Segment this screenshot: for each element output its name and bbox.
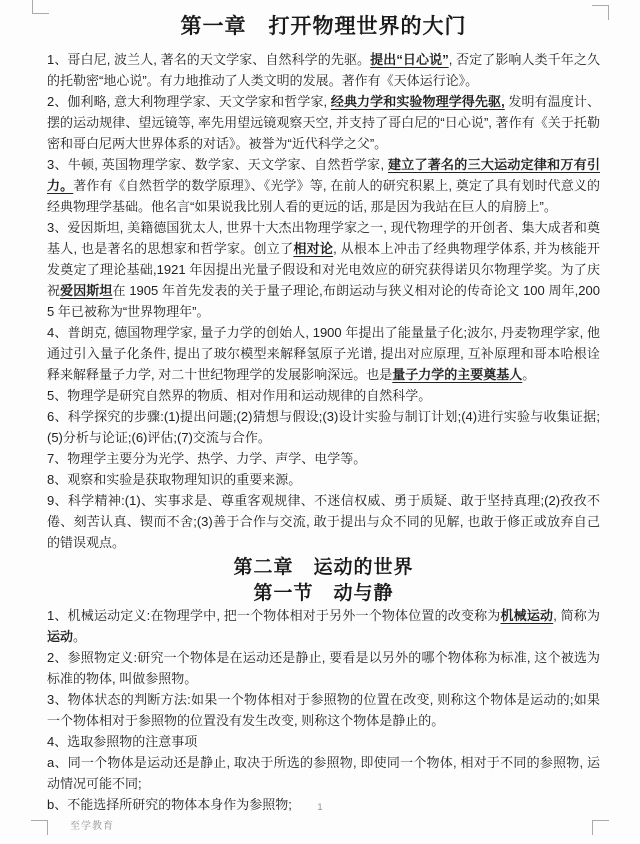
c2-item-note-a: a、同一个物体是运动还是静止, 取决于所选的参照物, 即使同一个物体, 相对于不… <box>47 752 600 794</box>
c2-item-mechanical-motion: 1、机械运动定义:在物理学中, 把一个物体相对于另外一个物体位置的改变称为机械运… <box>47 605 600 647</box>
chapter1-title: 第一章 打开物理世界的大门 <box>47 12 600 42</box>
crop-mark-bottom-left <box>31 820 48 835</box>
crop-mark-bottom-right <box>592 820 609 835</box>
c2-item-reference-object: 2、参照物定义:研究一个物体是在运动还是静止, 要看是以另外的哪个物体称为标准,… <box>47 647 600 689</box>
c2-item-state-judgement: 3、物体状态的判断方法:如果一个物体相对于参照物的位置在改变, 则称这个物体是运… <box>47 689 600 731</box>
c1-item-einstein: 3、爱因斯坦, 美籍德国犹太人, 世界十大杰出物理学家之一, 现代物理学的开创者… <box>47 217 600 322</box>
chapter2-title: 第二章 运动的世界 <box>47 556 600 579</box>
c1-item-copernicus: 1、哥白尼, 波兰人, 著名的天文学家、自然科学的先驱。提出“日心说”, 否定了… <box>47 49 600 91</box>
c1-item-physics-definition: 5、物理学是研究自然界的物质、相对作用和运动规律的自然科学。 <box>47 385 600 406</box>
chapter2-section1-title: 第一节 动与静 <box>47 582 600 605</box>
c1-item-newton: 3、牛顿, 英国物理学家、数学家、天文学家、自然哲学家, 建立了著名的三大运动定… <box>47 154 600 217</box>
document-page: 第一章 打开物理世界的大门 1、哥白尼, 波兰人, 著名的天文学家、自然科学的先… <box>0 0 640 844</box>
c2-item-notes-heading: 4、选取参照物的注意事项 <box>47 731 600 752</box>
page-number: 1 <box>0 802 640 812</box>
c1-item-observation: 8、观察和实验是获取物理知识的重要来源。 <box>47 469 600 490</box>
c1-item-inquiry-steps: 6、科学探究的步骤:(1)提出问题;(2)猜想与假设;(3)设计实验与制订计划;… <box>47 406 600 448</box>
footer-brand: 至学教育 <box>70 817 114 832</box>
document-content: 第一章 打开物理世界的大门 1、哥白尼, 波兰人, 著名的天文学家、自然科学的先… <box>47 12 600 815</box>
c1-item-scientific-spirit: 9、科学精神:(1)、实事求是、尊重客观规律、不迷信权威、勇于质疑、敢于坚持真理… <box>47 490 600 553</box>
c1-item-planck: 4、普朗克, 德国物理学家, 量子力学的创始人, 1900 年提出了能量量子化;… <box>47 322 600 385</box>
c1-item-branches: 7、物理学主要分为光学、热学、力学、声学、电学等。 <box>47 448 600 469</box>
c1-item-galileo: 2、伽利略, 意大利物理学家、天文学家和哲学家, 经典力学和实验物理学得先驱, … <box>47 91 600 154</box>
